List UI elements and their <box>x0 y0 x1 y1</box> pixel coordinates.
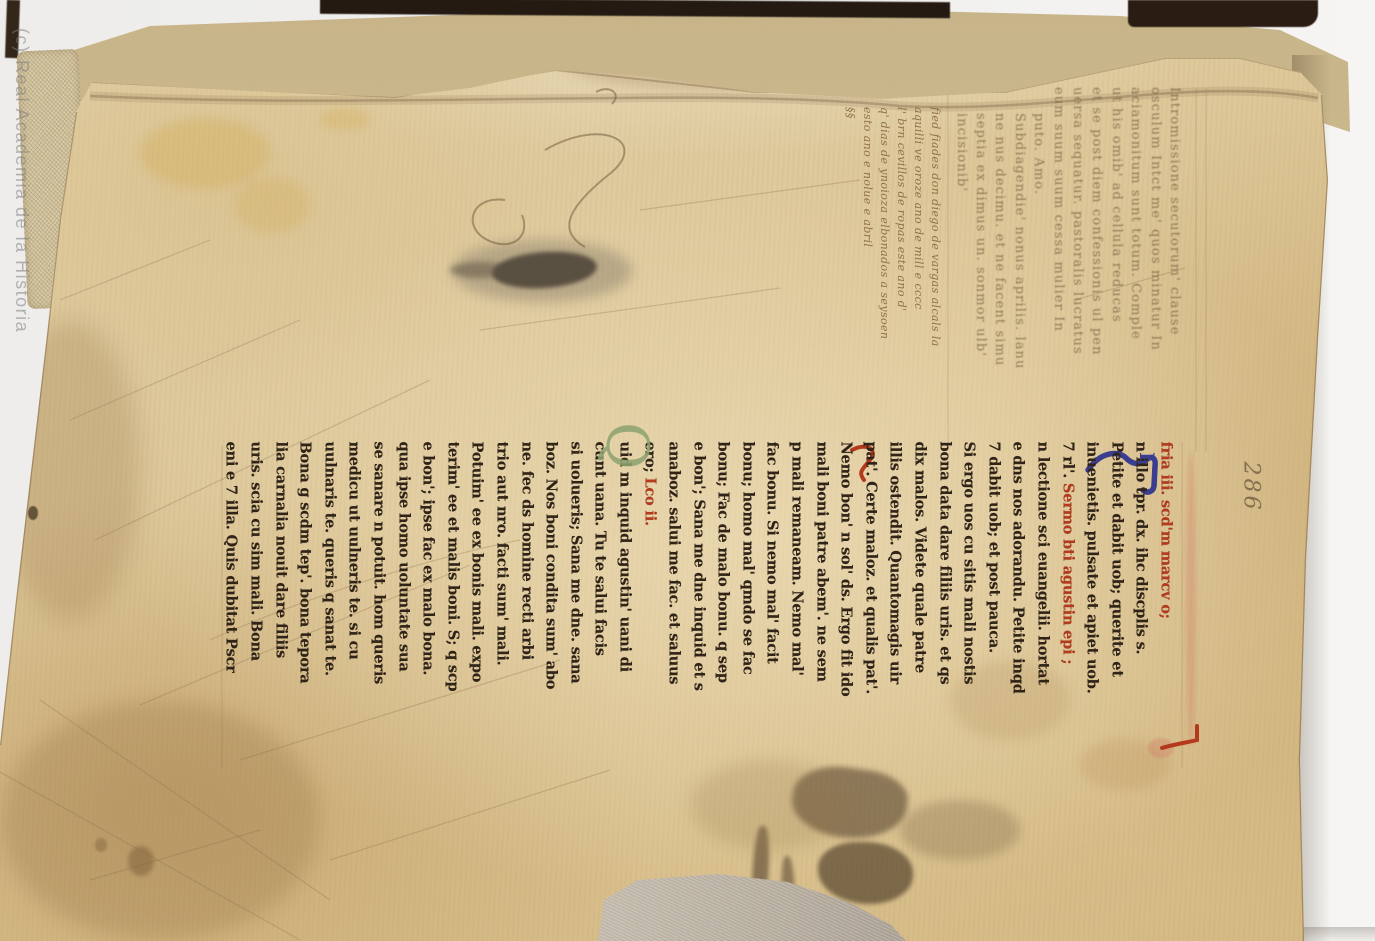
main-text-line: uris. scia cu sim mali. Bona <box>243 442 268 765</box>
text-segment-ink: Petite et dabit uob; querite et <box>1108 442 1125 677</box>
text-segment-ink: 7 dabit uob; et post pauca. <box>985 442 1002 653</box>
library-watermark: (c) Real Academia de la Historia <box>6 28 38 392</box>
cursive-marginal-note: fied fiades don diego de vargas alcals l… <box>841 107 944 394</box>
faded-text-line: ne nus decimu. et ne facent simu <box>990 87 1009 454</box>
main-text-line: trio aut nro. facti sum' mali. <box>489 442 514 765</box>
cursive-note-line: fied fiades don diego de vargas alcals l… <box>927 107 944 394</box>
main-text-line: Si ergo uos cu sitis mali nostis <box>956 442 981 765</box>
text-segment-ink: boz. Nos boni condita sum' abo <box>543 442 560 690</box>
main-text-block: fria iii. scd'm marcv o;n illo tpr. dx. … <box>218 442 1178 765</box>
faded-text-line: puto. Amo. <box>1029 87 1048 454</box>
main-text-line: illis ostendit. Quantomagis uir <box>882 442 907 765</box>
text-segment-ink: dix malos. Videte quale patre <box>912 442 929 674</box>
text-segment-ink: se sanare n potuit. hom queris <box>371 442 388 685</box>
main-text-line: bonu; Fac de malo bonu. q sep <box>710 442 735 765</box>
text-segment-ink: Bona g scdm tep'. bona tepora <box>297 442 314 684</box>
main-text-line: pat'. Certe maloz. et qualis pat'. <box>858 442 883 765</box>
text-segment-ink: terim' ee et malis boni. S; q scp <box>444 442 461 692</box>
main-text-line: fac bonu. Si nemo mal' facit <box>759 442 784 765</box>
main-text-line: anaboz. salui me fac. et saluus <box>661 442 686 765</box>
text-segment-ink: ne. fec ds homine recti arbi <box>518 442 535 660</box>
text-segment-ink: si uolueris; Sana me dne. sana <box>567 442 584 684</box>
main-text-line: mali boni patre abem'. ne sem <box>809 442 834 765</box>
text-segment-ink: pat'. Certe maloz. et qualis pat'. <box>862 442 879 695</box>
text-segment-ink: e bon'; ipse fac ex malo bona. <box>420 442 437 676</box>
main-text-line: medicu ut uulneris te. si cu <box>341 442 366 765</box>
text-segment-ink: qua ipse homo uoluntate sua <box>395 442 412 672</box>
text-segment-ink: anaboz. salui me fac. et saluus <box>666 442 683 685</box>
faded-text-line: osculum Intct me' quos minatur In <box>1145 87 1164 454</box>
manuscript-photo-canvas: Intromissione secutorum' clauseosculum I… <box>0 0 1375 941</box>
text-segment-ink: e dns nos adorandu. Petite inqd <box>1010 442 1027 694</box>
text-segment-ink: uulnaris te. queris q sanat te. <box>321 442 338 676</box>
text-segment-ink: lia carnalia nouit dare filiis <box>272 442 289 659</box>
text-segment-ink: p mali remaneam. Nemo mal' <box>789 442 806 676</box>
text-segment-ink: bona data dare filiis uris. et qs <box>936 442 953 685</box>
main-text-line: Nemo bon' n sol' ds. Ergo fit ido <box>833 442 858 765</box>
main-text-line: si uolueris; Sana me dne. sana <box>563 442 588 765</box>
cursive-note-line: q' dias de ynoioza elbonados a seysoen <box>876 107 893 394</box>
main-text-line: eni e 7 illa. Quis dubitat Pscr <box>218 442 243 765</box>
parchment-leaf: Intromissione secutorum' clauseosculum I… <box>0 0 1375 941</box>
text-segment-ink: illis ostendit. Quantomagis uir <box>887 442 904 685</box>
faded-text-line: et se post diem confessionis ul pen <box>1087 87 1106 454</box>
faded-text-line: Subdiagendie' nonus aprilis. lanu <box>1009 87 1028 454</box>
text-segment-ink: 7 rl'. <box>1059 442 1076 483</box>
main-text-line: 7 rl'. Sermo bti agustin epi ; <box>1055 442 1080 765</box>
pen-flourishes <box>473 89 625 247</box>
text-segment-red: fria iii. scd'm marcv o; <box>1158 442 1175 619</box>
green-initial: Q <box>592 422 662 502</box>
main-text-line: uulnaris te. queris q sanat te. <box>317 442 342 765</box>
main-text-line: Petite et dabit uob; querite et <box>1104 442 1129 765</box>
main-text-line: Bona g scdm tep'. bona tepora <box>292 442 317 765</box>
text-segment-ink: eni e 7 illa. Quis dubitat Pscr <box>223 442 240 673</box>
faded-text-line: uersa sequatur. pastoralis lucratus <box>1068 87 1087 454</box>
main-text-line: terim' ee et malis boni. S; q scp <box>440 442 465 765</box>
text-segment-ink: mali boni patre abem'. ne sem <box>813 442 830 682</box>
faded-text-line: ut his omib' ad cellula reducas <box>1106 87 1125 454</box>
main-text-line: e bon'; Sana me dne inquid et s <box>686 442 711 765</box>
main-text-line: n lectione sci euangelii. hortat <box>1030 442 1055 765</box>
text-segment-red: Sermo bti agustin epi ; <box>1059 483 1076 665</box>
faded-text-line: incisionib' <box>951 87 970 454</box>
text-segment-ink: medicu ut uulneris te. si cu <box>346 442 363 660</box>
faded-text-line: Intromissione secutorum' clause <box>1165 87 1184 454</box>
text-segment-ink: trio aut nro. facti sum' mali. <box>493 442 510 666</box>
text-segment-ink: fac bonu. Si nemo mal' facit <box>764 442 781 664</box>
cursive-note-line: l' brn cevillos de ropas este ano d' <box>893 107 910 394</box>
faded-text-block: Intromissione secutorum' clauseosculum I… <box>951 87 1184 454</box>
main-text-line: inuenietis. pulsate et apiet uob. <box>1079 442 1104 765</box>
main-text-line: p mali remaneam. Nemo mal' <box>784 442 809 765</box>
main-text-line: e bon'; ipse fac ex malo bona. <box>415 442 440 765</box>
main-text-line: ne. fec ds homine recti arbi <box>513 442 538 765</box>
text-segment-ink: bonu; homo mal' qmdo se fac <box>739 442 756 675</box>
blue-initial: I <box>1140 452 1154 482</box>
faded-text-line: aciamonitum sunt totum. Comple <box>1126 87 1145 454</box>
text-segment-ink: uris. scia cu sim mali. Bona <box>248 442 265 662</box>
main-text-line: bona data dare filiis uris. et qs <box>932 442 957 765</box>
text-segment-ink: Nemo bon' n sol' ds. Ergo fit ido <box>838 442 855 697</box>
binding-edge-top-right <box>1128 0 1318 27</box>
text-segment-ink: e bon'; Sana me dne inquid et s <box>690 442 707 691</box>
cursive-note-line: aquilli ve oroze ano de mill e cccc <box>910 107 927 394</box>
main-text-line: boz. Nos boni condita sum' abo <box>538 442 563 765</box>
main-text-line: Potuim' ee ex bonis mali. expo <box>464 442 489 765</box>
text-segment-ink: Si ergo uos cu sitis mali nostis <box>961 442 978 685</box>
main-text-line: dix malos. Videte quale patre <box>907 442 932 765</box>
text-segment-ink: bonu; Fac de malo bonu. q sep <box>715 442 732 683</box>
main-text-line: se sanare n potuit. hom queris <box>366 442 391 765</box>
main-text-line: lia carnalia nouit dare filiis <box>268 442 293 765</box>
main-text-line: fria iii. scd'm marcv o; <box>1153 442 1178 765</box>
binding-edge-top <box>320 0 950 18</box>
cursive-note-line: §§ <box>842 107 859 394</box>
text-segment-ink: Potuim' ee ex bonis mali. expo <box>469 442 486 683</box>
main-text-line: n illo tpr. dx. ihc discplis s. <box>1128 442 1153 765</box>
faded-text-line: septia ex dimus un. sonmor ulb' <box>971 87 990 454</box>
main-text-line: bonu; homo mal' qmdo se fac <box>735 442 760 765</box>
cursive-note-line: esto ano e nolue e abril <box>859 107 876 394</box>
text-segment-ink: inuenietis. pulsate et apiet uob. <box>1084 442 1101 694</box>
main-text-line: qua ipse homo uoluntate sua <box>391 442 416 765</box>
main-text-line: e dns nos adorandu. Petite inqd <box>1005 442 1030 765</box>
folio-number: 286 <box>1232 462 1270 525</box>
text-segment-ink: n lectione sci euangelii. hortat <box>1035 442 1052 685</box>
main-text-line: 7 dabit uob; et post pauca. <box>981 442 1006 765</box>
faded-text-line: eum suum suum cessa mulier In <box>1048 87 1067 454</box>
